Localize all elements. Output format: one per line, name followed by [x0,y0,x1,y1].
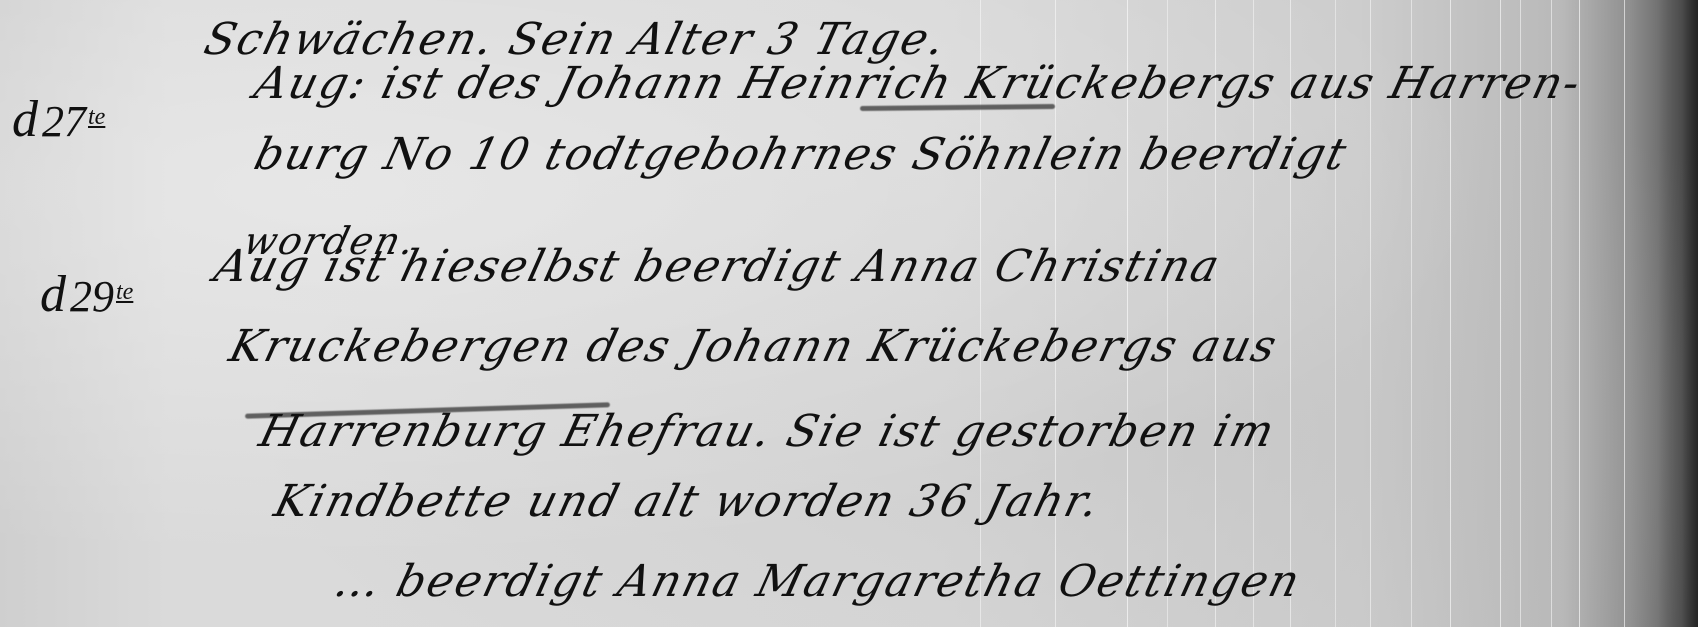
text-line: … beerdigt Anna Margaretha Oettingen [330,560,1305,604]
text-line: Aug: ist des Johann Heinrich Krückebergs… [250,62,1586,106]
text-line: Aug ist hieselbst beerdigt Anna Christin… [210,245,1225,289]
scan-streak [1579,0,1580,627]
date-suffix: te [88,104,105,130]
manuscript-page: Schwächen. Sein Alter 3 Tage. d27te Aug:… [0,0,1698,627]
scan-streak [1624,0,1625,627]
text-line: Kindbette und alt worden 36 Jahr. [270,480,1105,524]
text-line: burg No 10 todtgebohrnes Söhnlein beerdi… [250,133,1352,177]
margin-date: d27te [12,90,105,149]
date-suffix: te [116,279,133,305]
date-mark: d [40,266,66,323]
binding-gutter-shadow [1658,0,1698,627]
date-day: 27 [42,97,86,146]
date-day: 29 [70,272,114,321]
text-line: Kruckebergen des Johann Krückebergs aus [225,325,1282,369]
text-line: Harrenburg Ehefrau. Sie ist gestorben im [255,410,1280,454]
text-line: Schwächen. Sein Alter 3 Tage. [200,18,951,62]
margin-date: d29te [40,265,133,324]
date-mark: d [12,91,38,148]
pencil-underline [860,104,1055,111]
